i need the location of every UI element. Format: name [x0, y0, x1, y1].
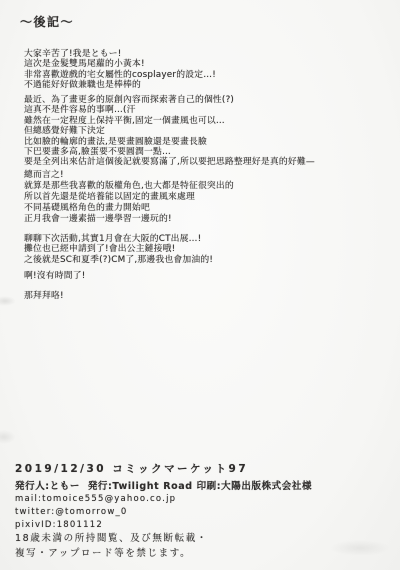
scan-artifact [330, 540, 390, 556]
paragraph-events: 聊聊下次活動,其實1月會在大阪的CT出展…!攤位也已經申請到了!會出公主鏈接哦!… [24, 234, 213, 265]
text-line: 下巴要畫多高,臉蛋要不要圓潤一點… [24, 147, 315, 157]
page-title: 〜後記〜 [20, 13, 74, 30]
paragraph-intro: 大家辛苦了!我是ともー!這次是金髮雙馬尾蘿的小黃本!非常喜歡遊戲的宅女屬性的co… [24, 49, 216, 91]
text-line: 這次是金髮雙馬尾蘿的小黃本! [24, 59, 216, 69]
text-line: 攤位也已經申請到了!會出公主鏈接哦! [24, 244, 213, 254]
text-line: 那拜拜咯! [24, 291, 64, 301]
text-line: 要是全列出來估計這個後記就要寫滿了,所以要把思路整理好是真的好難— [24, 157, 315, 167]
scan-artifact [0, 430, 16, 444]
scan-artifact [0, 296, 16, 306]
colophon-mail: mail:tomoice555@yahoo.co.jp [15, 494, 176, 504]
colophon-publisher: 発行人:ともー 発行:Twilight Road 印刷:大陽出版株式会社様 [15, 478, 312, 492]
text-line: 總而言之! [24, 170, 234, 181]
colophon-twitter: twitter:@tomorrow_0 [15, 507, 128, 517]
text-line: 啊!沒有時間了! [24, 271, 85, 281]
text-line: 但總感覺好難下決定 [24, 126, 315, 136]
text-line: 不同基礎風格角色的畫力開始吧 [24, 203, 234, 214]
text-line: 比如臉的輪廓的畫法,是要畫圓臉還是要畫長臉 [24, 137, 315, 147]
text-line: 18歳未満の所持閲覧、及び無断転載・ [15, 532, 208, 547]
paragraph-bye: 那拜拜咯! [24, 291, 64, 301]
paragraph-summary: 總而言之!就算是那些我喜歡的版權角色,也大都是特征很突出的所以首先還是從培養能以… [24, 170, 234, 225]
afterword-page: 〜後記〜 大家辛苦了!我是ともー!這次是金髮雙馬尾蘿的小黃本!非常喜歡遊戲的宅女… [0, 0, 400, 570]
text-line: 最近、為了畫更多的原創內容而探索著自己的個性(?) [24, 95, 315, 105]
text-line: 就算是那些我喜歡的版權角色,也大都是特征很突出的 [24, 181, 234, 192]
text-line: 複写・アップロード等を禁じます。 [15, 547, 208, 562]
text-line: 非常喜歡遊戲的宅女屬性的cosplayer的設定…! [24, 70, 216, 80]
text-line: 大家辛苦了!我是ともー! [24, 49, 216, 59]
text-line: 所以首先還是從培養能以固定的畫風來處理 [24, 192, 234, 203]
text-line: 聊聊下次活動,其實1月會在大阪的CT出展…! [24, 234, 213, 244]
text-line: 之後就是SC和夏季(?)CM了,那邊我也會加油的! [24, 255, 213, 265]
colophon-event-date: 2019/12/30 コミックマーケット97 [15, 461, 248, 476]
colophon-pixiv-id: pixivID:1801112 [15, 520, 103, 530]
text-line: 正月我會一邊素描一邊學習一邊玩的! [24, 214, 234, 225]
paragraph-art-style: 最近、為了畫更多的原創內容而探索著自己的個性(?)這真不是件容易的事啊…(汗雖然… [24, 95, 315, 168]
text-line: 不過能好好做兼職也是棒棒的 [24, 80, 216, 90]
paragraph-no-time: 啊!沒有時間了! [24, 271, 85, 281]
text-line: 雖然在一定程度上保持平衡,固定一個畫風也可以… [24, 116, 315, 126]
text-line: 這真不是件容易的事啊…(汗 [24, 105, 315, 115]
colophon-adult-notice: 18歳未満の所持閲覧、及び無断転載・複写・アップロード等を禁じます。 [15, 532, 208, 561]
